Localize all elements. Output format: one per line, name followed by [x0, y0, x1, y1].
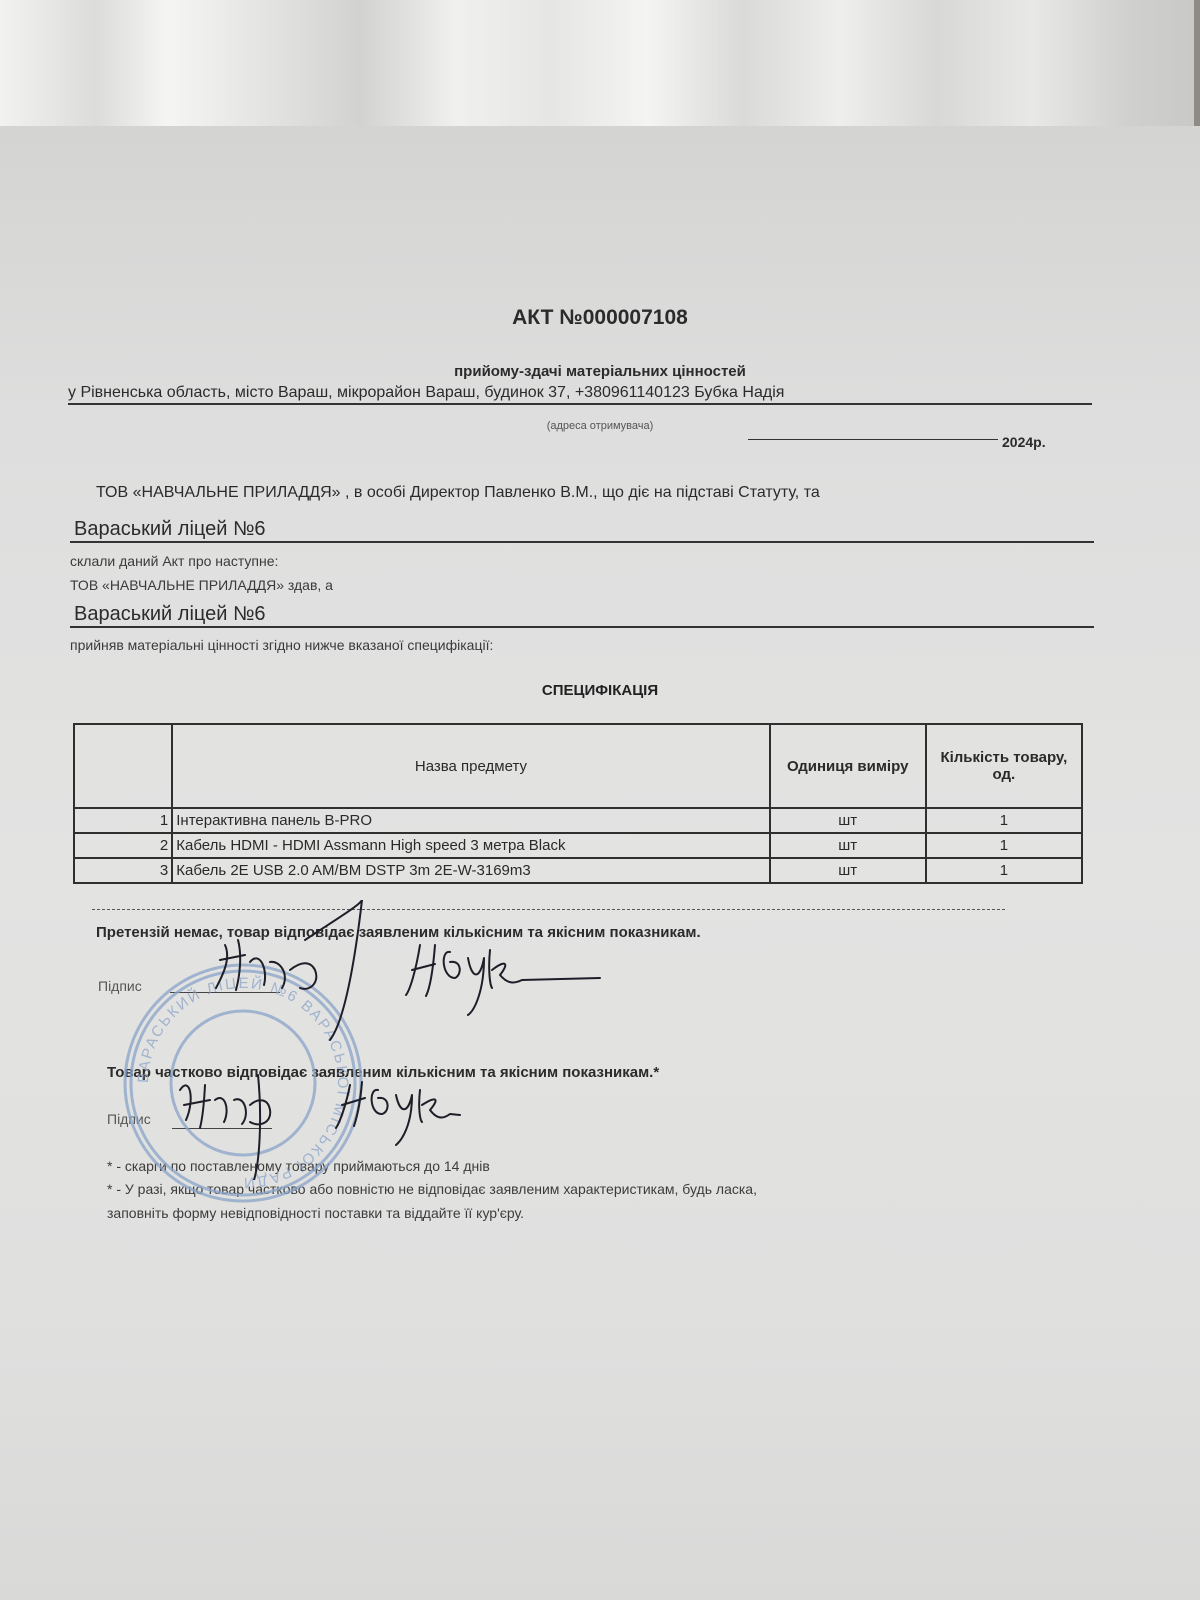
row-quantity: 1 — [926, 833, 1082, 858]
row-number: 2 — [74, 833, 172, 858]
row-item-name: Кабель 2E USB 2.0 AM/BM DSTP 3m 2E-W-316… — [172, 858, 769, 883]
handwritten-signatures — [150, 900, 670, 1180]
recipient-address: у Рівненська область, місто Вараш, мікро… — [68, 384, 1092, 405]
folder-edge — [1194, 0, 1200, 128]
act-subtitle: прийому-здачі матеріальних цінностей — [0, 363, 1200, 380]
header-item-name: Назва предмету — [172, 724, 769, 808]
table-row: 3Кабель 2E USB 2.0 AM/BM DSTP 3m 2E-W-31… — [74, 858, 1082, 883]
table-header-row: Назва предмету Одиниця виміру Кількість … — [74, 724, 1082, 808]
accepted-text: прийняв матеріальні цінності згідно нижч… — [70, 637, 493, 653]
table-row: 1Інтерактивна панель B-PROшт1 — [74, 808, 1082, 833]
recipient-name-1: Вараський ліцей №6 — [70, 518, 1094, 543]
row-item-name: Кабель HDMI - HDMI Assmann High speed 3 … — [172, 833, 769, 858]
date-year: 2024р. — [1002, 434, 1046, 450]
row-unit: шт — [770, 833, 926, 858]
header-unit: Одиниця виміру — [770, 724, 926, 808]
row-number: 3 — [74, 858, 172, 883]
supplier-handed-text: ТОВ «НАВЧАЛЬНЕ ПРИЛАДДЯ» здав, а — [70, 577, 333, 593]
table-row: 2Кабель HDMI - HDMI Assmann High speed 3… — [74, 833, 1082, 858]
header-quantity: Кількість товару, од. — [926, 724, 1082, 808]
row-quantity: 1 — [926, 808, 1082, 833]
specification-table: Назва предмету Одиниця виміру Кількість … — [73, 723, 1083, 884]
address-caption: (адреса отримувача) — [0, 420, 1200, 432]
specification-title: СПЕЦИФІКАЦІЯ — [0, 682, 1200, 699]
plastic-sleeve-background — [0, 0, 1200, 128]
parties-statement: ТОВ «НАВЧАЛЬНЕ ПРИЛАДДЯ» , в особі Дирек… — [96, 484, 820, 502]
act-title: АКТ №000007108 — [0, 306, 1200, 330]
row-unit: шт — [770, 808, 926, 833]
row-item-name: Інтерактивна панель B-PRO — [172, 808, 769, 833]
composed-text: склали даний Акт про наступне: — [70, 553, 278, 569]
header-number — [74, 724, 172, 808]
row-quantity: 1 — [926, 858, 1082, 883]
recipient-name-2: Вараський ліцей №6 — [70, 603, 1094, 628]
date-blank-line — [748, 439, 998, 440]
row-unit: шт — [770, 858, 926, 883]
row-number: 1 — [74, 808, 172, 833]
